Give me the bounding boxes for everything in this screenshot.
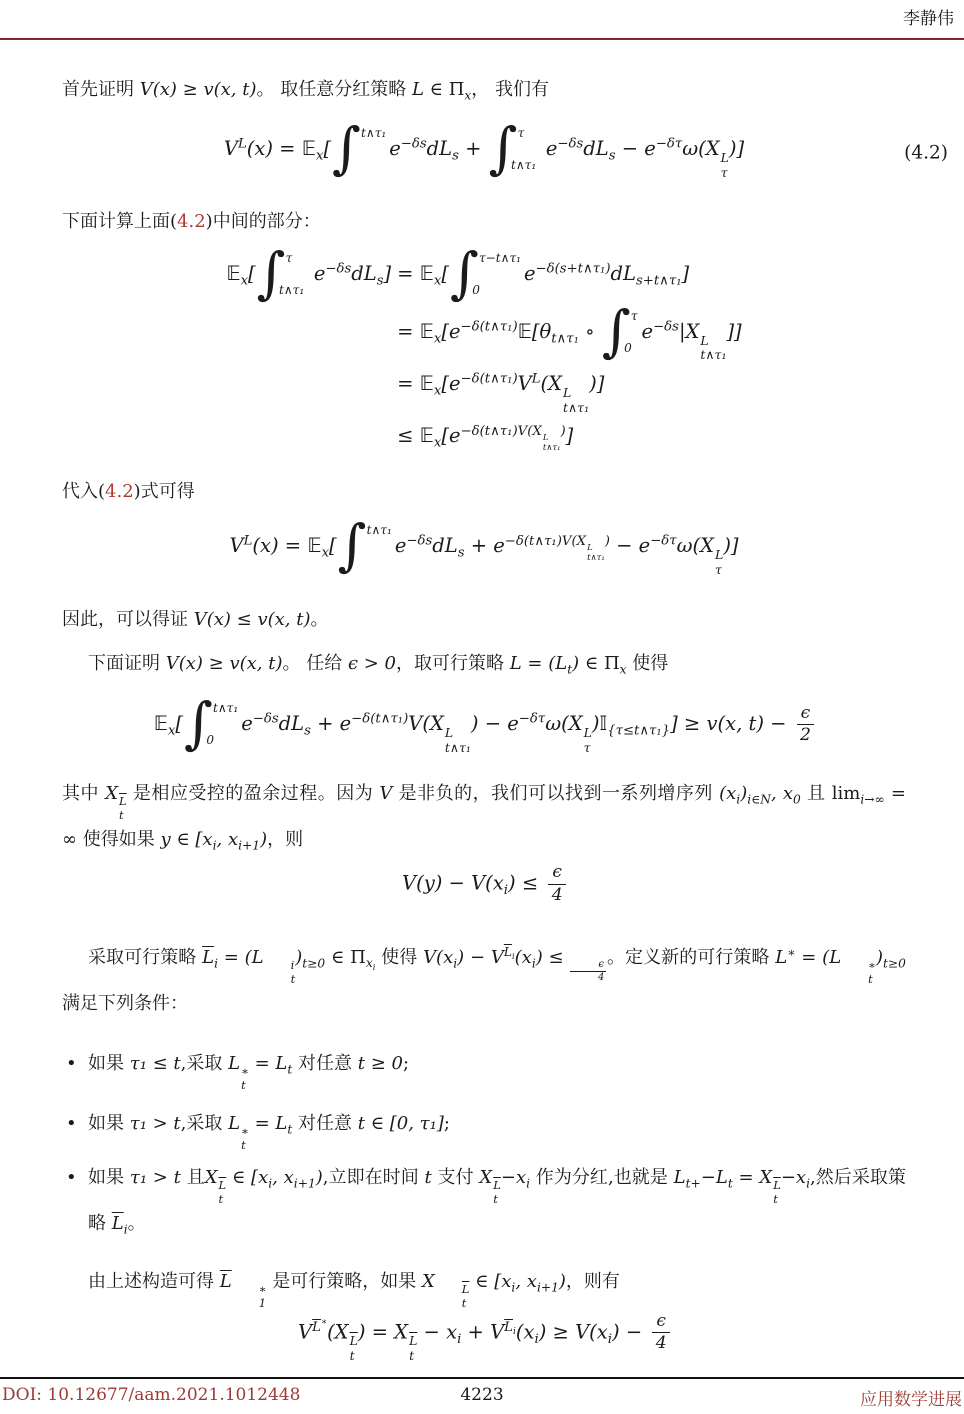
- paragraph-claim-lower: 下面证明 V(x) ≥ v(x, t)。 任给 ϵ > 0，取可行策略 L = …: [62, 646, 906, 682]
- paragraph-surplus-process: 其中 XLt 是相应受控的盈余过程。因为 V 是非负的，我们可以找到一系列增序列…: [62, 776, 906, 858]
- equation-epsilon-bound: 𝔼x[∫t∧τ₁0e−δsdLs + e−δ(t∧τ₁)V(XLt∧τ₁) − …: [62, 690, 906, 766]
- condition-item-1: • 如果 τ₁ ≤ t,采取 L∗t = Lt 对任意 t ≥ 0;: [88, 1046, 906, 1092]
- paragraph-construction-result: 由上述构造可得 L∗1 是可行策略，如果 XLt ∈ [xi, xi+1)，则有: [62, 1264, 906, 1310]
- derivation-row-rhs: = 𝔼x[∫τ−t∧τ₁0e−δ(s+t∧τ₁)dLs+t∧τ₁]: [391, 250, 689, 299]
- bullet-icon: •: [66, 1106, 77, 1142]
- ref-4-2-link[interactable]: 4.2: [105, 481, 134, 502]
- equation-substituted: VL(x) = 𝔼x[∫t∧τ₁e−δsdLs + e−δ(t∧τ₁)V(XLt…: [62, 512, 906, 588]
- equation-epsilon-bound-body: 𝔼x[∫t∧τ₁0e−δsdLs + e−δ(t∧τ₁)V(XLt∧τ₁) − …: [154, 700, 815, 755]
- condition-item-2: • 如果 τ₁ > t,采取 L∗t = Lt 对任意 t ∈ [0, τ₁];: [88, 1106, 906, 1152]
- paragraph-substitute: 代入(4.2)式可得: [62, 474, 906, 510]
- paragraph-conclusion-upper: 因此，可以得证 V(x) ≤ v(x, t)。: [62, 602, 906, 638]
- condition-item-1-text: 如果 τ₁ ≤ t,采取 L∗t = Lt 对任意 t ≥ 0;: [88, 1053, 409, 1074]
- equation-value-difference: V(y) − V(xi) ≤ ϵ4: [62, 856, 906, 912]
- equation-4-2: VL(x) = 𝔼x[∫t∧τ₁e−δsdLs + ∫τt∧τ₁e−δsdLs …: [62, 116, 906, 190]
- condition-item-2-text: 如果 τ₁ > t,采取 L∗t = Lt 对任意 t ∈ [0, τ₁];: [88, 1113, 450, 1134]
- paper-page: 李静伟 首先证明 V(x) ≥ v(x, t)。 取任意分红策略 L ∈ Πx，…: [0, 0, 964, 1414]
- paragraph-compute-middle: 下面计算上面(4.2)中间的部分：: [62, 204, 906, 240]
- equation-final-bound-body: VL∗(XLt) = XLt − xi + VLi(xi) ≥ V(xi) − …: [298, 1311, 670, 1364]
- derivation-row-rhs: = 𝔼x[e−δ(t∧τ₁)VL(XLt∧τ₁)]: [391, 372, 604, 415]
- derivation-row-rhs: ≤ 𝔼x[e−δ(t∧τ₁)V(XLt∧τ₁)]: [391, 424, 573, 451]
- paragraph-define-strategy: 采取可行策略 Li = (Lit)t≥0 ∈ Πxi 使得 V(xi) − VL…: [62, 940, 906, 1022]
- page-number: 4223: [460, 1385, 503, 1405]
- running-head-author: 李静伟: [903, 4, 954, 29]
- aligned-derivation: 𝔼x[∫τt∧τ₁e−δsdLs] = 𝔼x[∫τ−t∧τ₁0e−δ(s+t∧τ…: [62, 250, 906, 452]
- bullet-icon: •: [66, 1046, 77, 1082]
- page-footer: DOI: 10.12677/aam.2021.1012448 4223 应用数学…: [0, 1385, 964, 1409]
- equation-4-2-number: (4.2): [904, 143, 948, 164]
- condition-item-3-text: 如果 τ₁ > t 且XLt ∈ [xi, xi+1),立即在时间 t 支付 X…: [88, 1167, 906, 1234]
- journal-name: 应用数学进展: [860, 1385, 962, 1410]
- ref-4-2-link[interactable]: 4.2: [177, 211, 206, 232]
- equation-4-2-body: VL(x) = 𝔼x[∫t∧τ₁e−δsdLs + ∫τt∧τ₁e−δsdLs …: [224, 125, 744, 180]
- equation-value-difference-body: V(y) − V(xi) ≤ ϵ4: [402, 862, 566, 906]
- footer-rule: [0, 1377, 964, 1379]
- doi-link[interactable]: DOI: 10.12677/aam.2021.1012448: [2, 1385, 300, 1405]
- condition-item-3: • 如果 τ₁ > t 且XLt ∈ [xi, xi+1),立即在时间 t 支付…: [88, 1160, 906, 1242]
- derivation-row-lhs: 𝔼x[∫τt∧τ₁e−δsdLs]: [226, 250, 391, 299]
- derivation-row-rhs: = 𝔼x[e−δ(t∧τ₁)𝔼[θt∧τ₁ ∘ ∫τ0e−δs|XLt∧τ₁]]: [391, 308, 742, 363]
- equation-final-bound: VL∗(XLt) = XLt − xi + VLi(xi) ≥ V(xi) − …: [62, 1308, 906, 1366]
- paragraph-claim-upper: 首先证明 V(x) ≥ v(x, t)。 取任意分红策略 L ∈ Πx， 我们有: [62, 72, 906, 108]
- header-rule: [0, 38, 964, 40]
- equation-substituted-body: VL(x) = 𝔼x[∫t∧τ₁e−δsdLs + e−δ(t∧τ₁)V(XLt…: [229, 522, 738, 577]
- bullet-icon: •: [66, 1160, 77, 1196]
